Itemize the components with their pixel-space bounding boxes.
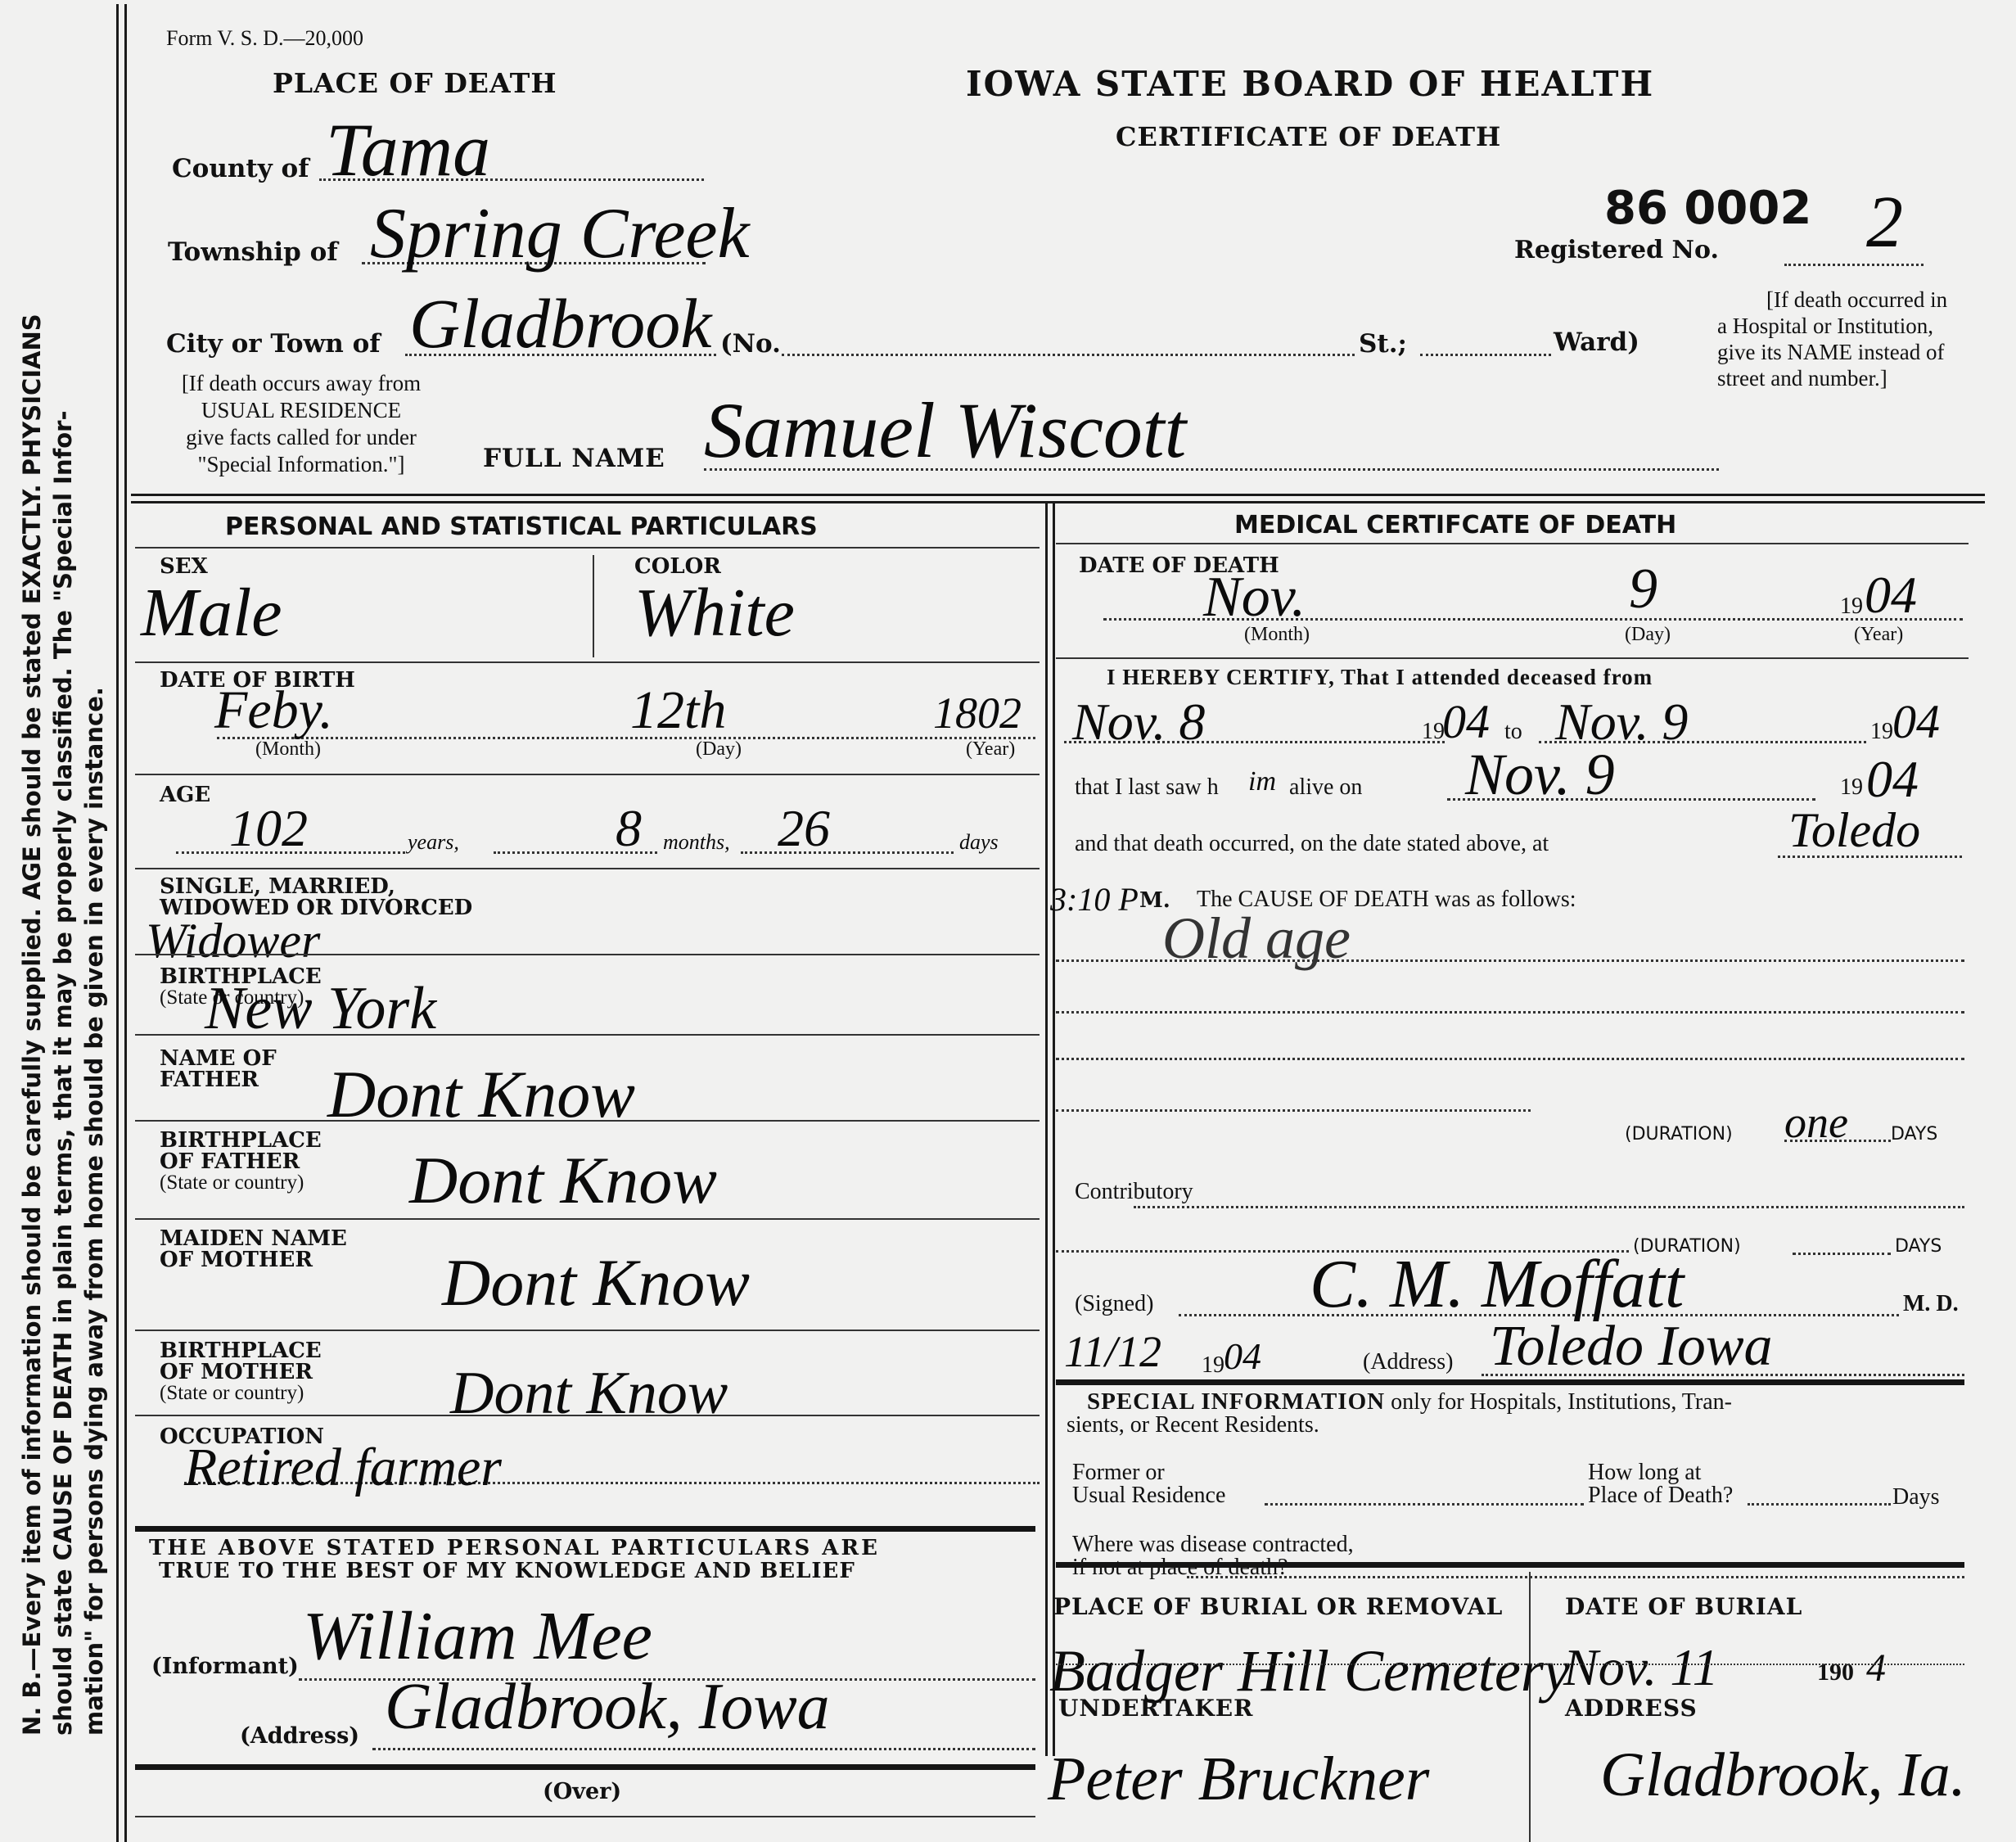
how-long-label: How long at Place of Death? <box>1588 1461 1733 1507</box>
left-border-inner <box>124 4 127 1842</box>
occurred-place-value[interactable]: Toledo <box>1788 802 1920 859</box>
duration-line-2[interactable] <box>1793 1253 1891 1255</box>
left-border-outer <box>116 4 119 1842</box>
agency-title: IOWA STATE BOARD OF HEALTH <box>966 64 1654 104</box>
special-rule-top <box>1056 1379 1964 1385</box>
side-note-line-3: mation" for persons dying away from home… <box>79 82 110 1736</box>
marital-label-line: SINGLE, MARRIED, <box>160 876 472 897</box>
attest-rule-top <box>135 1526 1035 1532</box>
mother-birthplace-label-line: BIRTHPLACE <box>160 1340 322 1361</box>
father-birthplace-label-line: (State or country) <box>160 1172 322 1194</box>
age-days[interactable]: 26 <box>778 798 830 859</box>
dob-day[interactable]: 12th <box>630 679 726 742</box>
dod-day[interactable]: 9 <box>1629 557 1657 622</box>
last-saw-year-prefix: 19 <box>1840 774 1863 801</box>
sex-value[interactable]: Male <box>141 573 282 652</box>
contributory-line[interactable] <box>1134 1206 1964 1208</box>
hospital-note-line: [If death occurred in <box>1717 287 1947 313</box>
dob-year-caption: (Year) <box>966 738 1015 761</box>
dod-year-suffix[interactable]: 04 <box>1865 565 1917 625</box>
attest-line: TRUE TO THE BEST OF MY KNOWLEDGE AND BEL… <box>149 1560 880 1582</box>
full-name-label: FULL NAME <box>483 444 665 473</box>
township-label: Township of <box>168 237 338 267</box>
street-no-label: (No. <box>720 329 781 359</box>
column-divider-right <box>1053 503 1055 1756</box>
former-residence-line[interactable] <box>1265 1503 1584 1506</box>
mother-maiden-label-line: MAIDEN NAME <box>160 1228 347 1249</box>
side-instructions-note: N. B.—Every item of information should b… <box>16 82 110 1736</box>
special-title: SPECIAL INFORMATION <box>1087 1388 1385 1415</box>
side-note-line-1: N. B.—Every item of information should b… <box>16 82 47 1736</box>
away-note-line: give facts called for under <box>154 424 449 451</box>
how-long-days: Days <box>1892 1484 1940 1510</box>
color-value[interactable]: White <box>634 573 795 652</box>
md-label: M. D. <box>1903 1291 1959 1317</box>
medical-section-title: MEDICAL CERTIFCATE OF DEATH <box>1234 511 1676 540</box>
age-months[interactable]: 8 <box>616 798 642 859</box>
how-long-label-line: How long at <box>1588 1461 1733 1484</box>
street-label: St.; <box>1359 329 1407 359</box>
form-number: Form V. S. D.—20,000 <box>166 26 363 51</box>
age-years[interactable]: 102 <box>229 798 308 859</box>
away-note-line: "Special Information."] <box>154 451 449 478</box>
city-label: City or Town of <box>166 329 381 359</box>
mother-maiden-label-line: OF MOTHER <box>160 1249 347 1271</box>
rule <box>135 954 1040 955</box>
informant-address-line <box>372 1748 1035 1750</box>
father-birthplace-label-line: BIRTHPLACE <box>160 1130 322 1151</box>
dod-year-prefix: 19 <box>1840 594 1863 620</box>
contracted-line[interactable] <box>1187 1576 1964 1578</box>
rule <box>135 868 1040 869</box>
rule <box>135 774 1040 775</box>
dod-day-caption: (Day) <box>1625 624 1671 646</box>
undertaker-value[interactable]: Peter Bruckner <box>1048 1744 1429 1815</box>
certificate-title: CERTIFICATE OF DEATH <box>1116 121 1501 152</box>
cause-line-4[interactable] <box>1056 1109 1531 1112</box>
signed-date[interactable]: 11/12 <box>1064 1326 1161 1377</box>
mother-birthplace-value[interactable]: Dont Know <box>450 1359 728 1429</box>
header-rule-2 <box>131 501 1985 503</box>
burial-row-line <box>1056 1664 1964 1665</box>
special-info-heading: SPECIAL INFORMATION only for Hospitals, … <box>1067 1390 1732 1437</box>
attestation-text: THE ABOVE STATED PERSONAL PARTICULARS AR… <box>149 1537 880 1582</box>
rule <box>135 1415 1040 1416</box>
mother-maiden-label: MAIDEN NAME OF MOTHER <box>160 1228 347 1271</box>
attest-rule-bottom <box>135 1764 1035 1770</box>
rule <box>135 1816 1035 1817</box>
father-birthplace-label-line: OF FATHER <box>160 1151 322 1172</box>
from-year-prefix: 19 <box>1422 719 1445 745</box>
rule <box>135 1330 1040 1331</box>
county-value[interactable]: Tama <box>326 106 490 193</box>
ward-label: Ward) <box>1554 327 1639 357</box>
personal-section-title: PERSONAL AND STATISTICAL PARTICULARS <box>225 512 818 541</box>
mother-birthplace-label-line: (State or country) <box>160 1383 322 1404</box>
informant-value[interactable]: William Mee <box>303 1596 652 1676</box>
away-note-line: [If death occurs away from <box>154 370 449 397</box>
father-birthplace-label: BIRTHPLACE OF FATHER (State or country) <box>160 1130 322 1194</box>
to-year-prefix: 19 <box>1870 719 1893 745</box>
mother-birthplace-label: BIRTHPLACE OF MOTHER (State or country) <box>160 1340 322 1404</box>
father-name-label-line: FATHER <box>160 1069 277 1090</box>
rule <box>135 547 1040 549</box>
how-long-line[interactable] <box>1748 1503 1891 1506</box>
informant-label: (Informant) <box>151 1654 299 1679</box>
time-of-death[interactable]: 3:10 P <box>1050 880 1139 919</box>
father-birthplace-value[interactable]: Dont Know <box>409 1142 717 1219</box>
last-saw-label: that I last saw h <box>1075 774 1219 801</box>
contributory-label: Contributory <box>1075 1179 1193 1205</box>
burial-place-label: PLACE OF BURIAL OR REMOVAL <box>1053 1593 1503 1620</box>
full-name-value[interactable]: Samuel Wiscott <box>704 385 1186 476</box>
age-days-label: days <box>959 830 999 855</box>
marital-value[interactable]: Widower <box>146 913 320 969</box>
doctor-address-label: (Address) <box>1363 1349 1453 1375</box>
rule <box>1056 657 1969 659</box>
undertaker-address-label: ADDRESS <box>1565 1695 1698 1722</box>
cause-line-2[interactable] <box>1056 1011 1964 1014</box>
dob-month-caption: (Month) <box>255 738 321 761</box>
mother-maiden-value[interactable]: Dont Know <box>442 1244 750 1321</box>
rule <box>135 1218 1040 1220</box>
occupation-value[interactable]: Retired farmer <box>184 1437 502 1499</box>
duration-days-2: DAYS <box>1895 1236 1942 1257</box>
burial-rule-top <box>1056 1562 1964 1568</box>
dod-year-caption: (Year) <box>1854 624 1903 646</box>
registered-label: Registered No. <box>1514 236 1719 264</box>
alive-on-label: alive on <box>1289 774 1362 801</box>
occurred-text: and that death occurred, on the date sta… <box>1075 831 1549 857</box>
hospital-note-line: give its NAME instead of <box>1717 339 1947 365</box>
how-long-label-line: Place of Death? <box>1588 1484 1733 1507</box>
age-years-label: years, <box>408 830 459 855</box>
last-saw-year-suffix[interactable]: 04 <box>1866 749 1919 810</box>
column-divider-left <box>1045 503 1048 1756</box>
header-rule-1 <box>131 494 1985 496</box>
hospital-note: [If death occurred in a Hospital or Inst… <box>1717 287 1947 391</box>
hospital-note-line: street and number.] <box>1717 365 1947 391</box>
cause-line-3[interactable] <box>1056 1058 1964 1060</box>
registered-value[interactable]: 2 <box>1866 180 1903 264</box>
age-days-line <box>741 851 954 854</box>
signed-year-suffix[interactable]: 04 <box>1224 1334 1261 1378</box>
duration-days-1: DAYS <box>1891 1124 1937 1144</box>
father-name-label: NAME OF FATHER <box>160 1048 277 1090</box>
special-line-2: sients, or Recent Residents. <box>1067 1414 1732 1437</box>
rule <box>135 661 1040 663</box>
certify-text: I HEREBY CERTIFY, That I attended deceas… <box>1107 665 1653 690</box>
certify-text-content: I HEREBY CERTIFY, That I attended deceas… <box>1107 665 1653 689</box>
county-label: County of <box>172 154 309 183</box>
dod-month-caption: (Month) <box>1244 624 1310 646</box>
hospital-note-line: a Hospital or Institution, <box>1717 313 1947 339</box>
dob-day-caption: (Day) <box>696 738 742 761</box>
contracted-label-line: Where was disease contracted, <box>1072 1533 1354 1556</box>
away-note-line: USUAL RESIDENCE <box>154 397 449 424</box>
place-of-death-title: PLACE OF DEATH <box>273 67 557 99</box>
former-label-line: Usual Residence <box>1072 1484 1225 1507</box>
burial-year-suffix[interactable]: 4 <box>1866 1646 1886 1691</box>
signed-value[interactable]: C. M. Moffatt <box>1310 1244 1684 1324</box>
attest-line: THE ABOVE STATED PERSONAL PARTICULARS AR… <box>149 1537 880 1560</box>
rule <box>135 1120 1040 1122</box>
duration-label-1: (DURATION) <box>1625 1124 1733 1144</box>
burial-date-value[interactable]: Nov. 11 <box>1563 1637 1719 1698</box>
contracted-label: Where was disease contracted, if not at … <box>1072 1533 1354 1579</box>
ward-line[interactable] <box>1420 354 1551 356</box>
cause-line-1[interactable] <box>1056 959 1964 962</box>
registered-stamp: 86 0002 <box>1604 182 1811 235</box>
informant-address-value[interactable]: Gladbrook, Iowa <box>385 1670 830 1745</box>
cause-value[interactable]: Old age <box>1162 905 1351 973</box>
attended-from[interactable]: Nov. 8 <box>1072 692 1205 752</box>
dob-year[interactable]: 1802 <box>933 688 1022 738</box>
mother-birthplace-label-line: OF MOTHER <box>160 1361 322 1383</box>
doctor-address-value[interactable]: Toledo Iowa <box>1490 1314 1773 1379</box>
undertaker-label: UNDERTAKER <box>1058 1695 1253 1722</box>
duration-value[interactable]: one <box>1784 1097 1848 1148</box>
special-title-rest: only for Hospitals, Institutions, Tran- <box>1391 1389 1732 1415</box>
last-saw-pronoun[interactable]: im <box>1248 766 1276 797</box>
burial-divider <box>1529 1572 1531 1842</box>
rule <box>1056 543 1969 544</box>
burial-date-label: DATE OF BURIAL <box>1565 1593 1802 1620</box>
away-from-residence-note: [If death occurs away from USUAL RESIDEN… <box>154 370 449 478</box>
over-label: (Over) <box>543 1779 621 1804</box>
side-note-line-2: should state CAUSE OF DEATH in plain ter… <box>47 82 79 1736</box>
dod-month[interactable]: Nov. <box>1203 565 1306 630</box>
signed-year-prefix: 19 <box>1202 1352 1224 1379</box>
former-label-line: Former or <box>1072 1461 1225 1484</box>
to-year-suffix[interactable]: 04 <box>1892 694 1940 749</box>
former-residence-label: Former or Usual Residence <box>1072 1461 1225 1507</box>
sex-color-divider <box>593 555 594 657</box>
age-months-label: months, <box>663 830 730 855</box>
dob-month[interactable]: Feby. <box>214 679 333 742</box>
undertaker-address-value[interactable]: Gladbrook, Ia. <box>1600 1740 1966 1811</box>
rule <box>135 1034 1040 1036</box>
city-value[interactable]: Gladbrook <box>409 282 711 364</box>
informant-address-label: (Address) <box>240 1723 359 1749</box>
father-name-label-line: NAME OF <box>160 1048 277 1069</box>
dob-line <box>217 737 1035 739</box>
township-value[interactable]: Spring Creek <box>370 192 750 275</box>
last-saw-date[interactable]: Nov. 9 <box>1465 741 1615 809</box>
signed-label: (Signed) <box>1075 1291 1153 1317</box>
age-label: AGE <box>160 783 210 807</box>
street-no-line[interactable] <box>782 354 1355 356</box>
